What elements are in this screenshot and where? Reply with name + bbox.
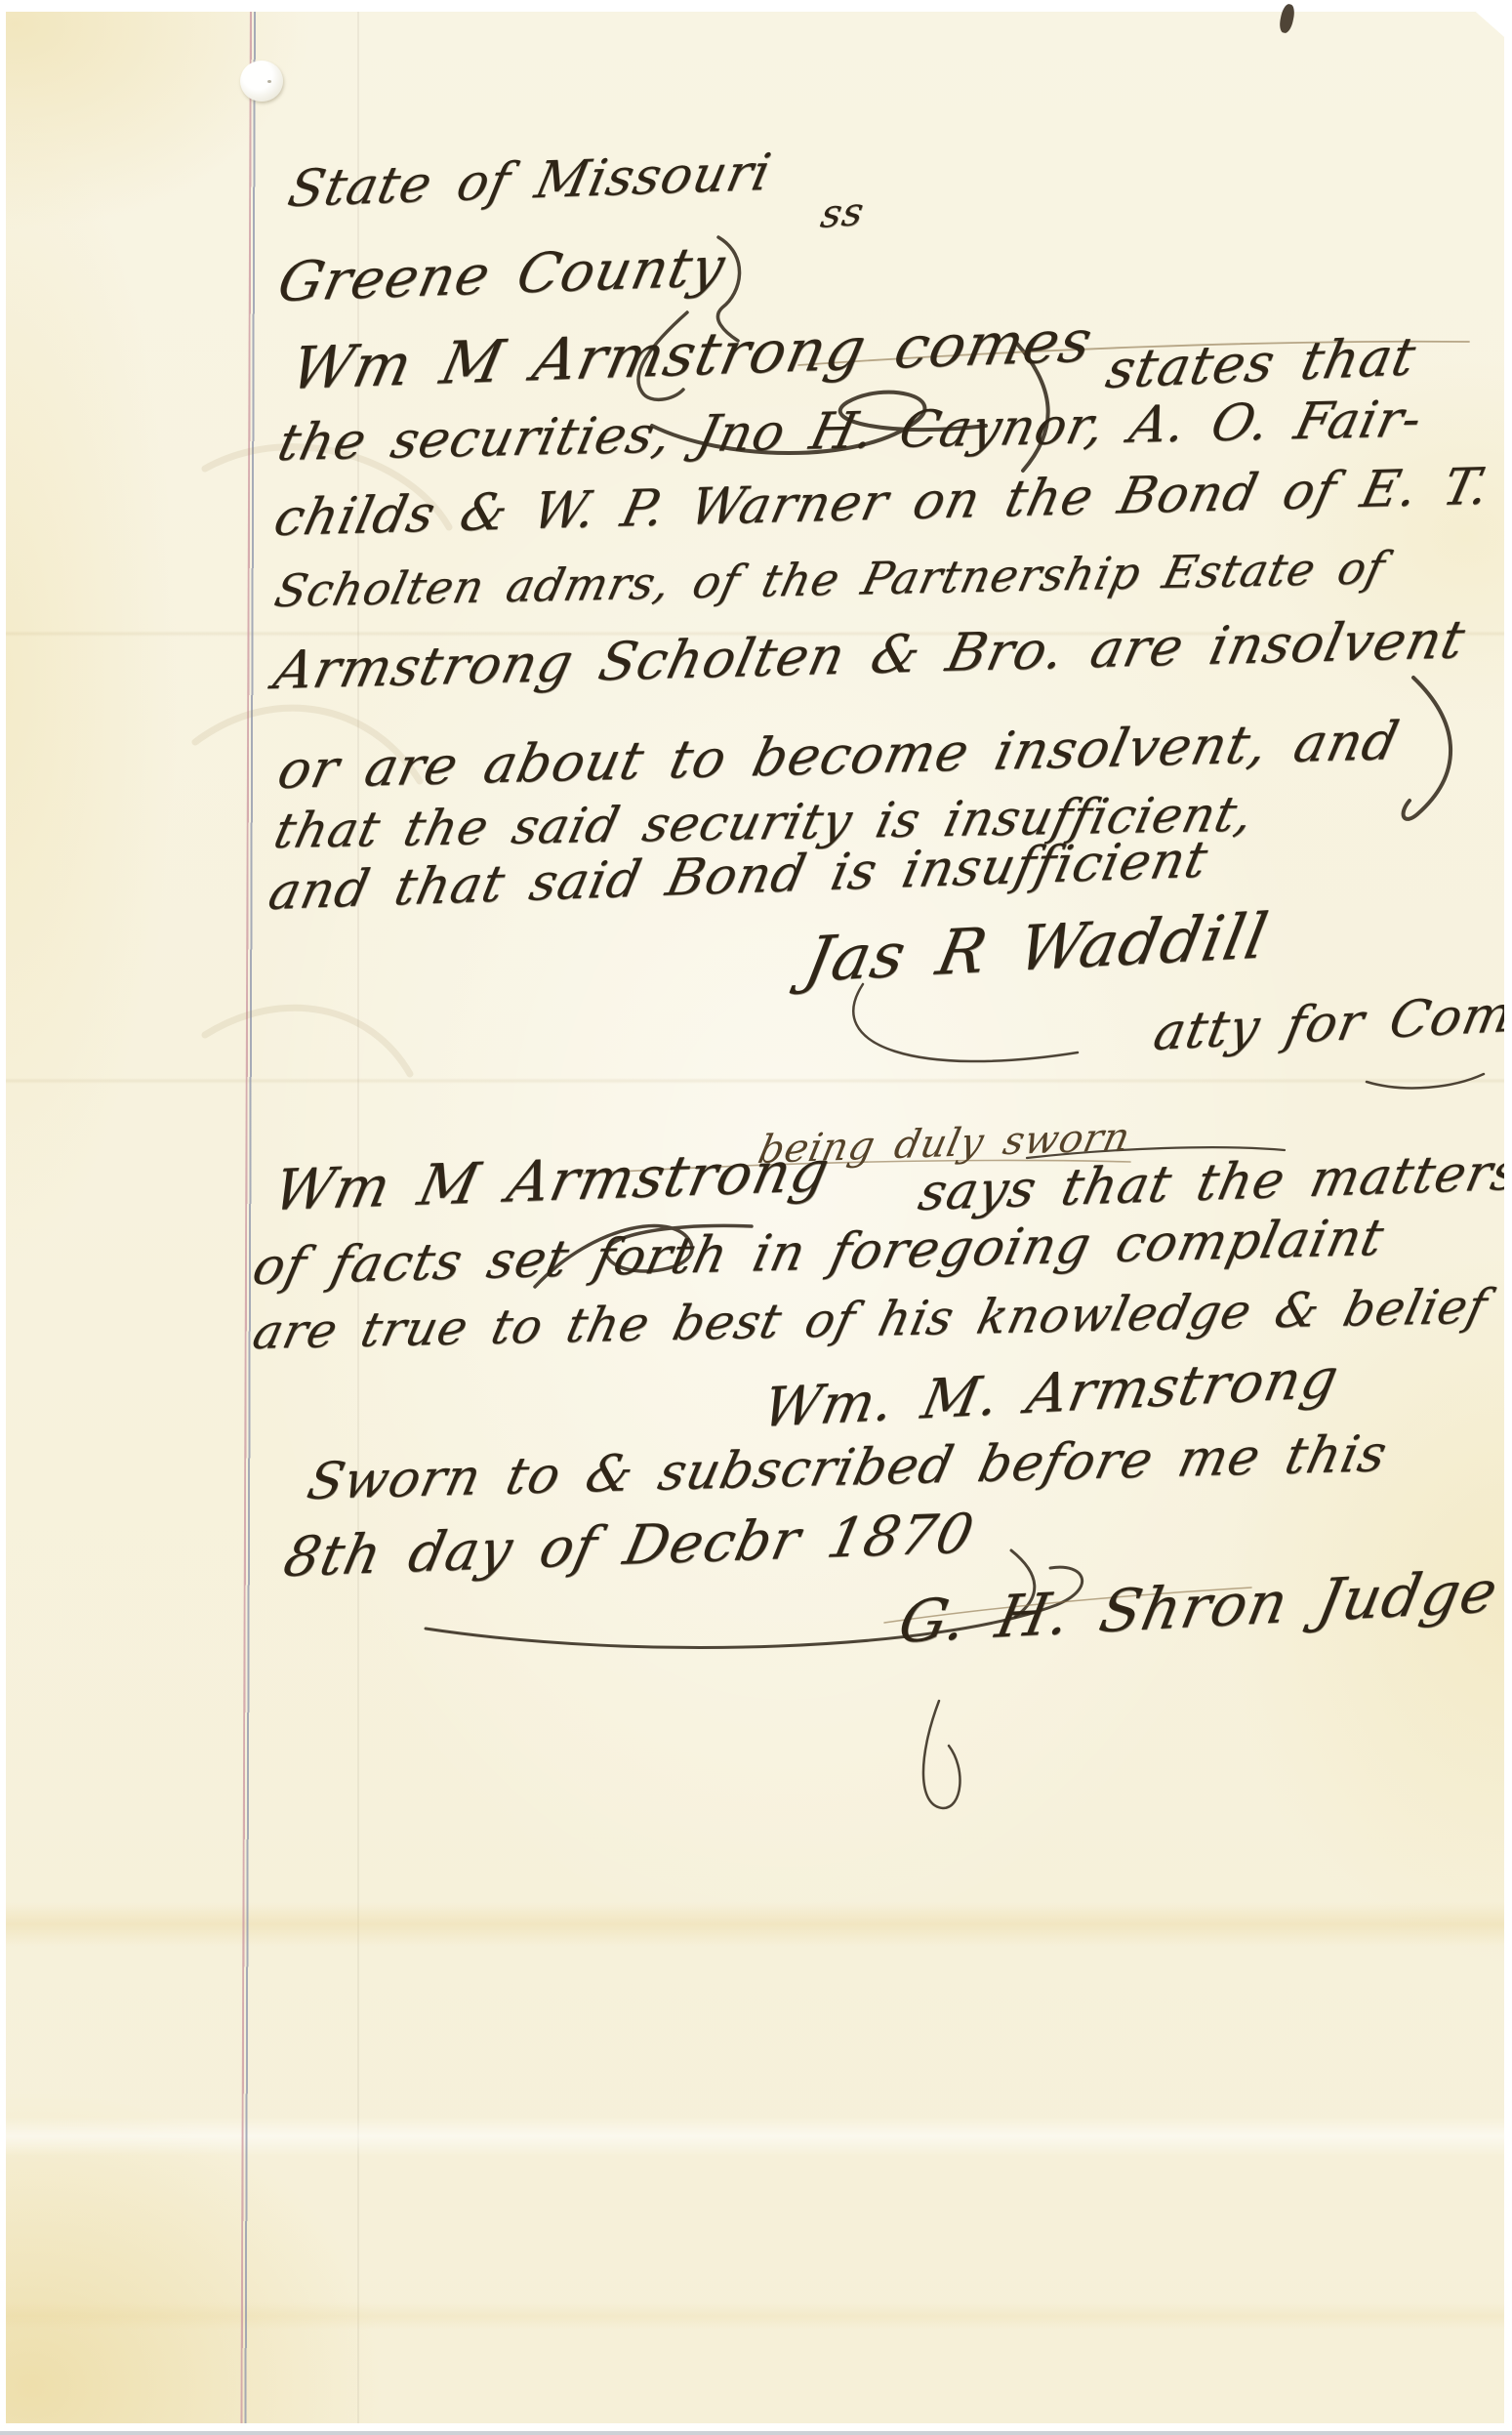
hw-ss-mark: ss xyxy=(818,192,867,234)
hw-state-of-missouri: State of Missouri xyxy=(284,147,776,215)
paper-sheet: State of Missouri ss Greene County Wm M … xyxy=(0,0,1512,2435)
hw-sworn-subscribed: Sworn to & subscribed before me this xyxy=(303,1428,1392,1507)
scan-edge-right xyxy=(1504,0,1512,2435)
stain-band xyxy=(0,2302,1512,2330)
hw-bro-insolvent: Armstrong Scholten & Bro. are insolvent xyxy=(269,613,1470,697)
bleedthrough-mark xyxy=(205,1008,410,1074)
hw-states-that: states that xyxy=(1102,330,1420,396)
signature-tail-flourish xyxy=(923,1701,960,1808)
scan-edge-left xyxy=(0,0,6,2435)
hw-securities-names: the securities, Jno H. Caynor, A. O. Fai… xyxy=(273,394,1427,469)
hw-facts-complaint: of facts set forth in foregoing complain… xyxy=(248,1213,1388,1293)
signature-tail-flourish xyxy=(853,984,1078,1061)
stain-band xyxy=(0,2117,1512,2156)
signature-judge: G. H. Shron Judge xyxy=(894,1562,1502,1652)
signature-armstrong: Wm. M. Armstrong xyxy=(758,1352,1343,1436)
hw-armstrong-comes: Wm M Armstrong comes xyxy=(286,312,1098,398)
hw-scholten-admrs: Scholten admrs, of the Partnership Estat… xyxy=(270,545,1389,613)
hw-become-insolvent: or are about to become insolvent, and xyxy=(273,715,1404,797)
hole-punch-blob xyxy=(240,61,283,102)
hw-atty-for-compt: atty for Compt. xyxy=(1150,985,1512,1058)
margin-rule-line xyxy=(240,0,257,2435)
scanned-document-page: State of Missouri ss Greene County Wm M … xyxy=(0,0,1512,2435)
stain-band xyxy=(0,1902,1512,1947)
hw-armstrong-sworn: Wm M Armstrong xyxy=(269,1142,836,1218)
hw-warner-bond: childs & W. P. Warner on the Bond of E. … xyxy=(269,462,1494,544)
hw-county-line: Greene County xyxy=(273,240,730,310)
paren-flourish xyxy=(1404,678,1451,819)
signature-waddill: Jas R Waddill xyxy=(799,906,1273,992)
paper-crease xyxy=(0,1078,1512,1084)
hw-date-line: 8th day of Decbr 1870 xyxy=(279,1507,979,1586)
hw-knowledge-belief: are true to the best of his knowledge & … xyxy=(249,1283,1492,1356)
scanner-bed-strip xyxy=(0,2431,1512,2435)
